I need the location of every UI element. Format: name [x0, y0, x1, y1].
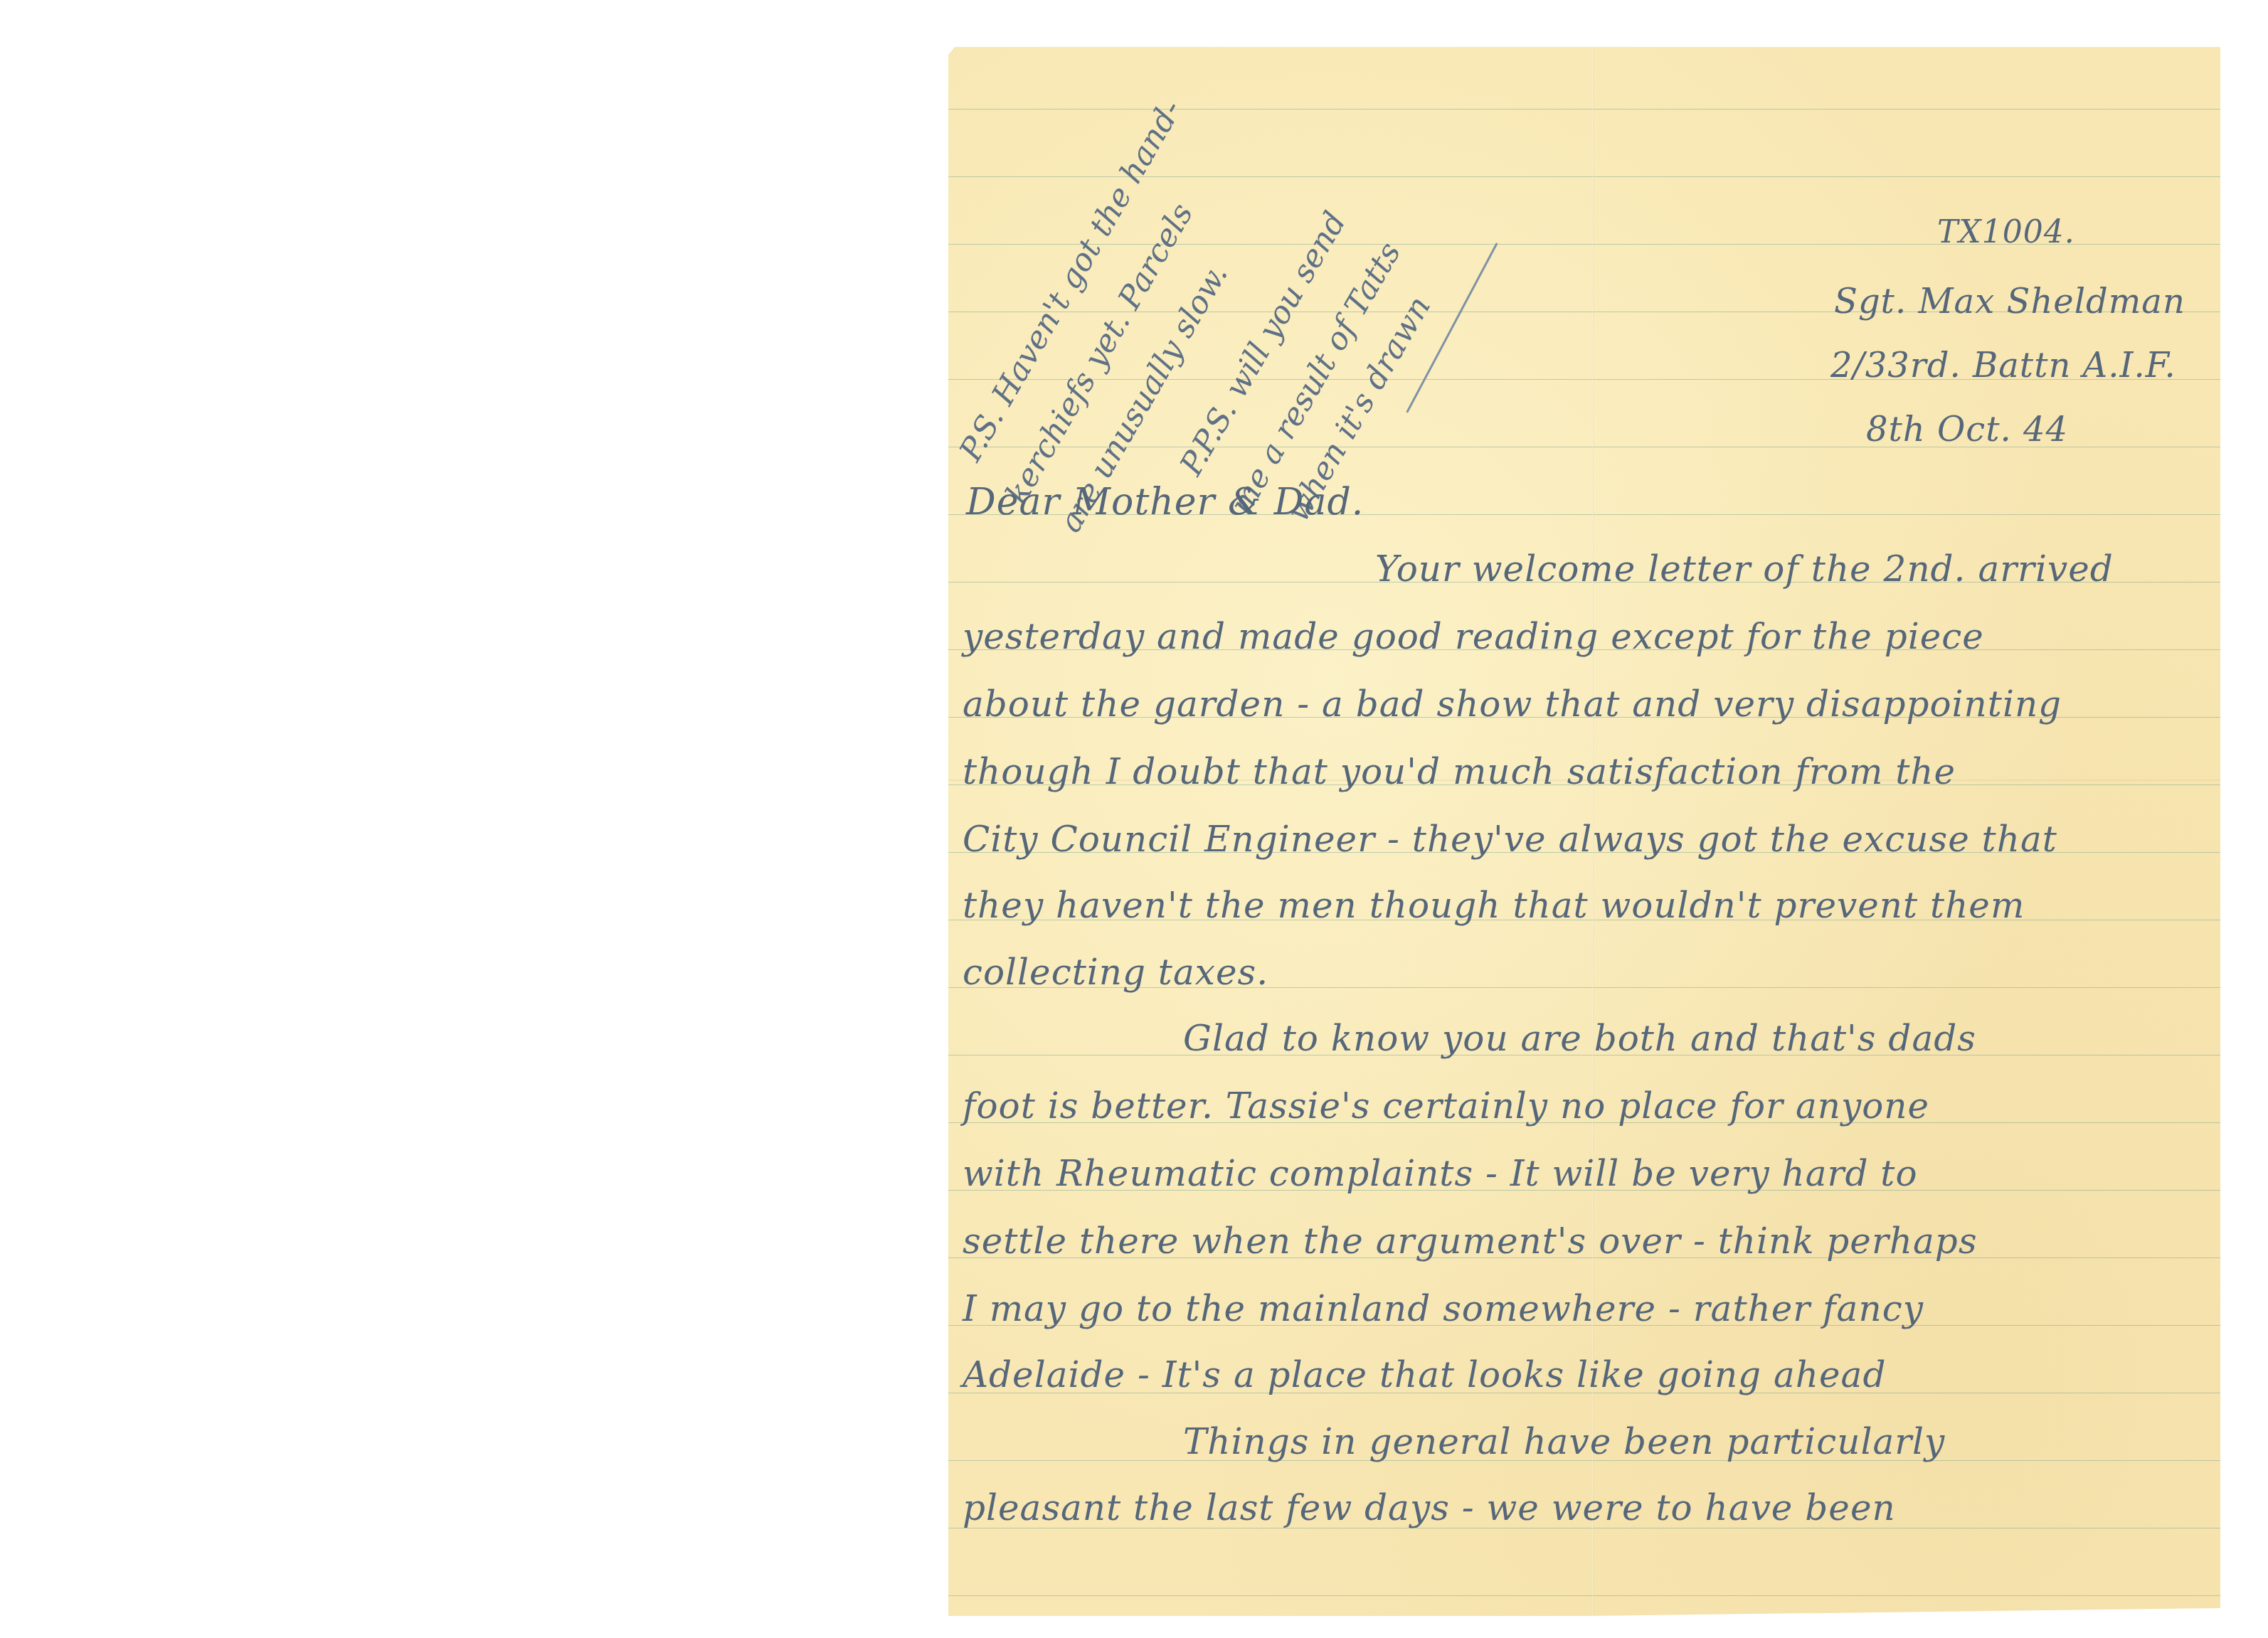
body-line: with Rheumatic complaints - It will be v…	[963, 1153, 1918, 1194]
body-line: Adelaide - It's a place that looks like …	[963, 1354, 1886, 1395]
salutation: Dear Mother & Dad.	[966, 481, 1364, 523]
sender-name: Sgt. Max Sheldman	[1834, 282, 2185, 321]
body-line: Things in general have been particularly	[1183, 1421, 1945, 1462]
letter-page: P.S. Haven't got the hand- kerchiefs yet…	[948, 47, 2220, 1616]
body-line: pleasant the last few days - we were to …	[963, 1487, 1896, 1528]
body-line: they haven't the men though that wouldn'…	[963, 885, 2025, 926]
body-line: City Council Engineer - they've always g…	[963, 819, 2057, 860]
body-line: about the garden - a bad show that and v…	[963, 684, 2062, 725]
body-line: Your welcome letter of the 2nd. arrived	[1375, 548, 2114, 590]
body-line: Glad to know you are both and that's dad…	[1183, 1018, 1976, 1059]
service-number: TX1004.	[1937, 214, 2075, 250]
body-line: settle there when the argument's over - …	[963, 1220, 1978, 1262]
sender-unit: 2/33rd. Battn A.I.F.	[1830, 346, 2176, 385]
letter-date: 8th Oct. 44	[1866, 410, 2068, 450]
body-line: collecting taxes.	[963, 952, 1268, 993]
body-line: though I doubt that you'd much satisfact…	[963, 751, 1956, 792]
body-line: yesterday and made good reading except f…	[963, 616, 1984, 657]
body-line: foot is better. Tassie's certainly no pl…	[963, 1085, 1929, 1127]
body-line: I may go to the mainland somewhere - rat…	[963, 1288, 1924, 1329]
